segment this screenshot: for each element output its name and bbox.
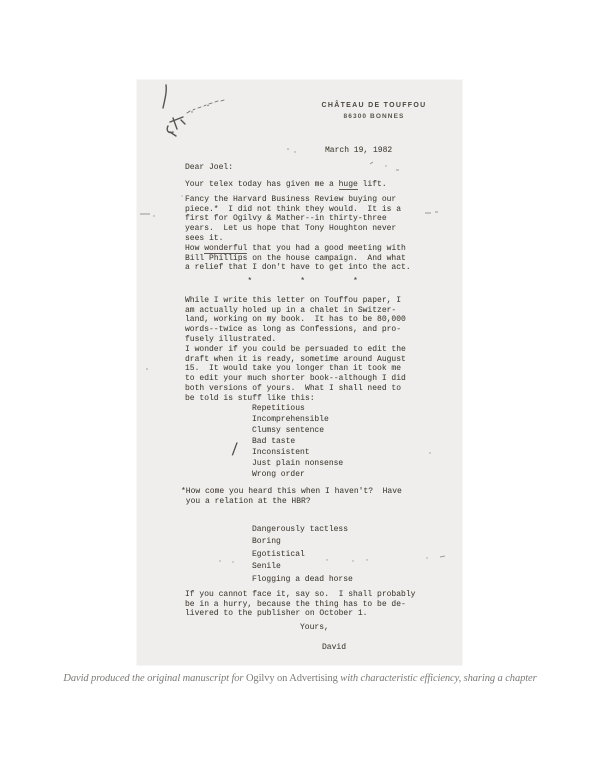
caption-text: David produced the original manuscript f… [63,673,246,684]
scan-artifacts [137,80,462,665]
page-background: { "colors": { "page_background": "#fffff… [0,0,600,776]
photo-caption: David produced the original manuscript f… [0,673,600,684]
caption-text: with characteristic efficiency, sharing … [338,673,537,684]
caption-book-title: Ogilvy on Advertising [246,673,338,684]
letter-scan-paper: CHÂTEAU DE TOUFFOU 86300 BONNES March 19… [137,80,462,665]
